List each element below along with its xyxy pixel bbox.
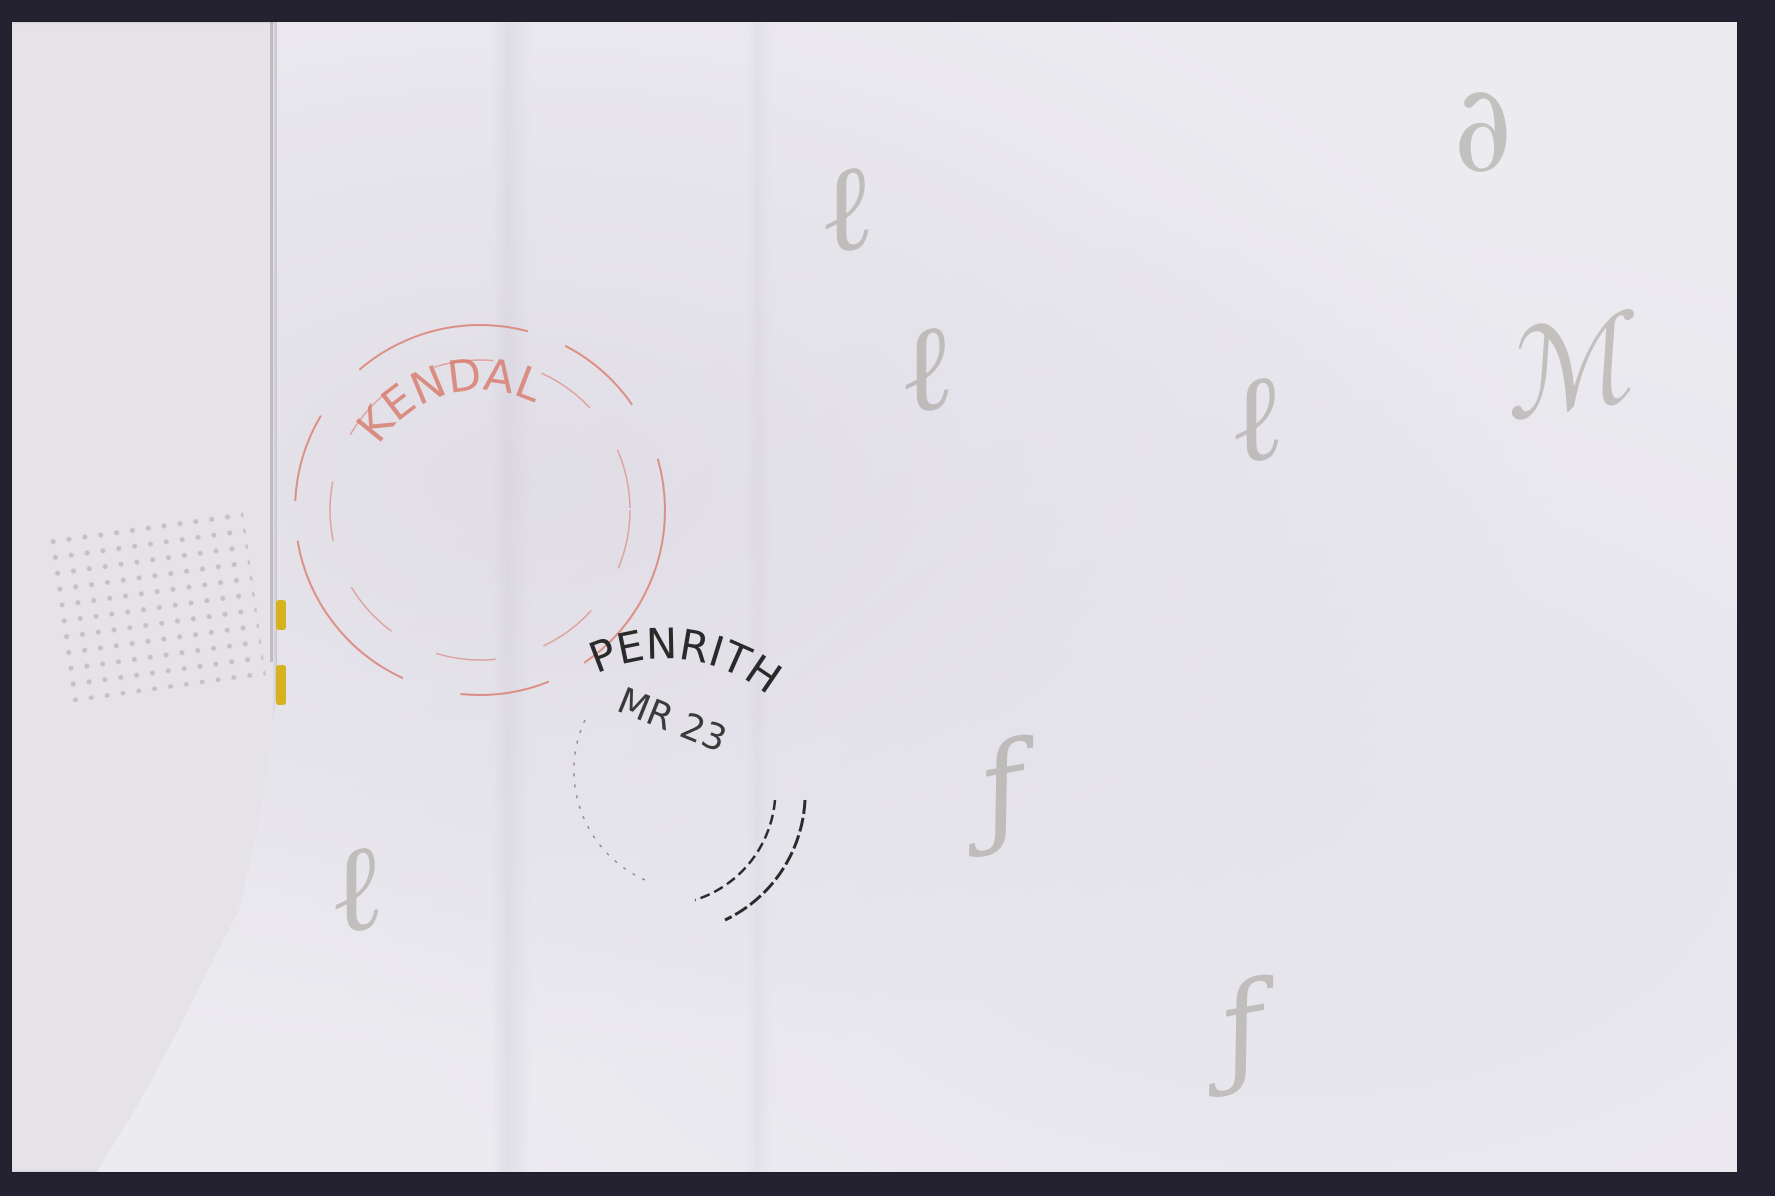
black-postmark-town: PENRITH [582, 619, 790, 703]
flap-edge [270, 22, 273, 662]
embossed-seal [44, 507, 266, 703]
manuscript-show-through: ℳ [1489, 290, 1640, 449]
black-postmark: PENRITH MR 23 [545, 600, 895, 940]
wax-residue [276, 600, 286, 630]
wax-residue [276, 665, 286, 705]
black-postmark-date: MR 23 [612, 680, 732, 760]
svg-text:PENRITH: PENRITH [582, 619, 790, 703]
